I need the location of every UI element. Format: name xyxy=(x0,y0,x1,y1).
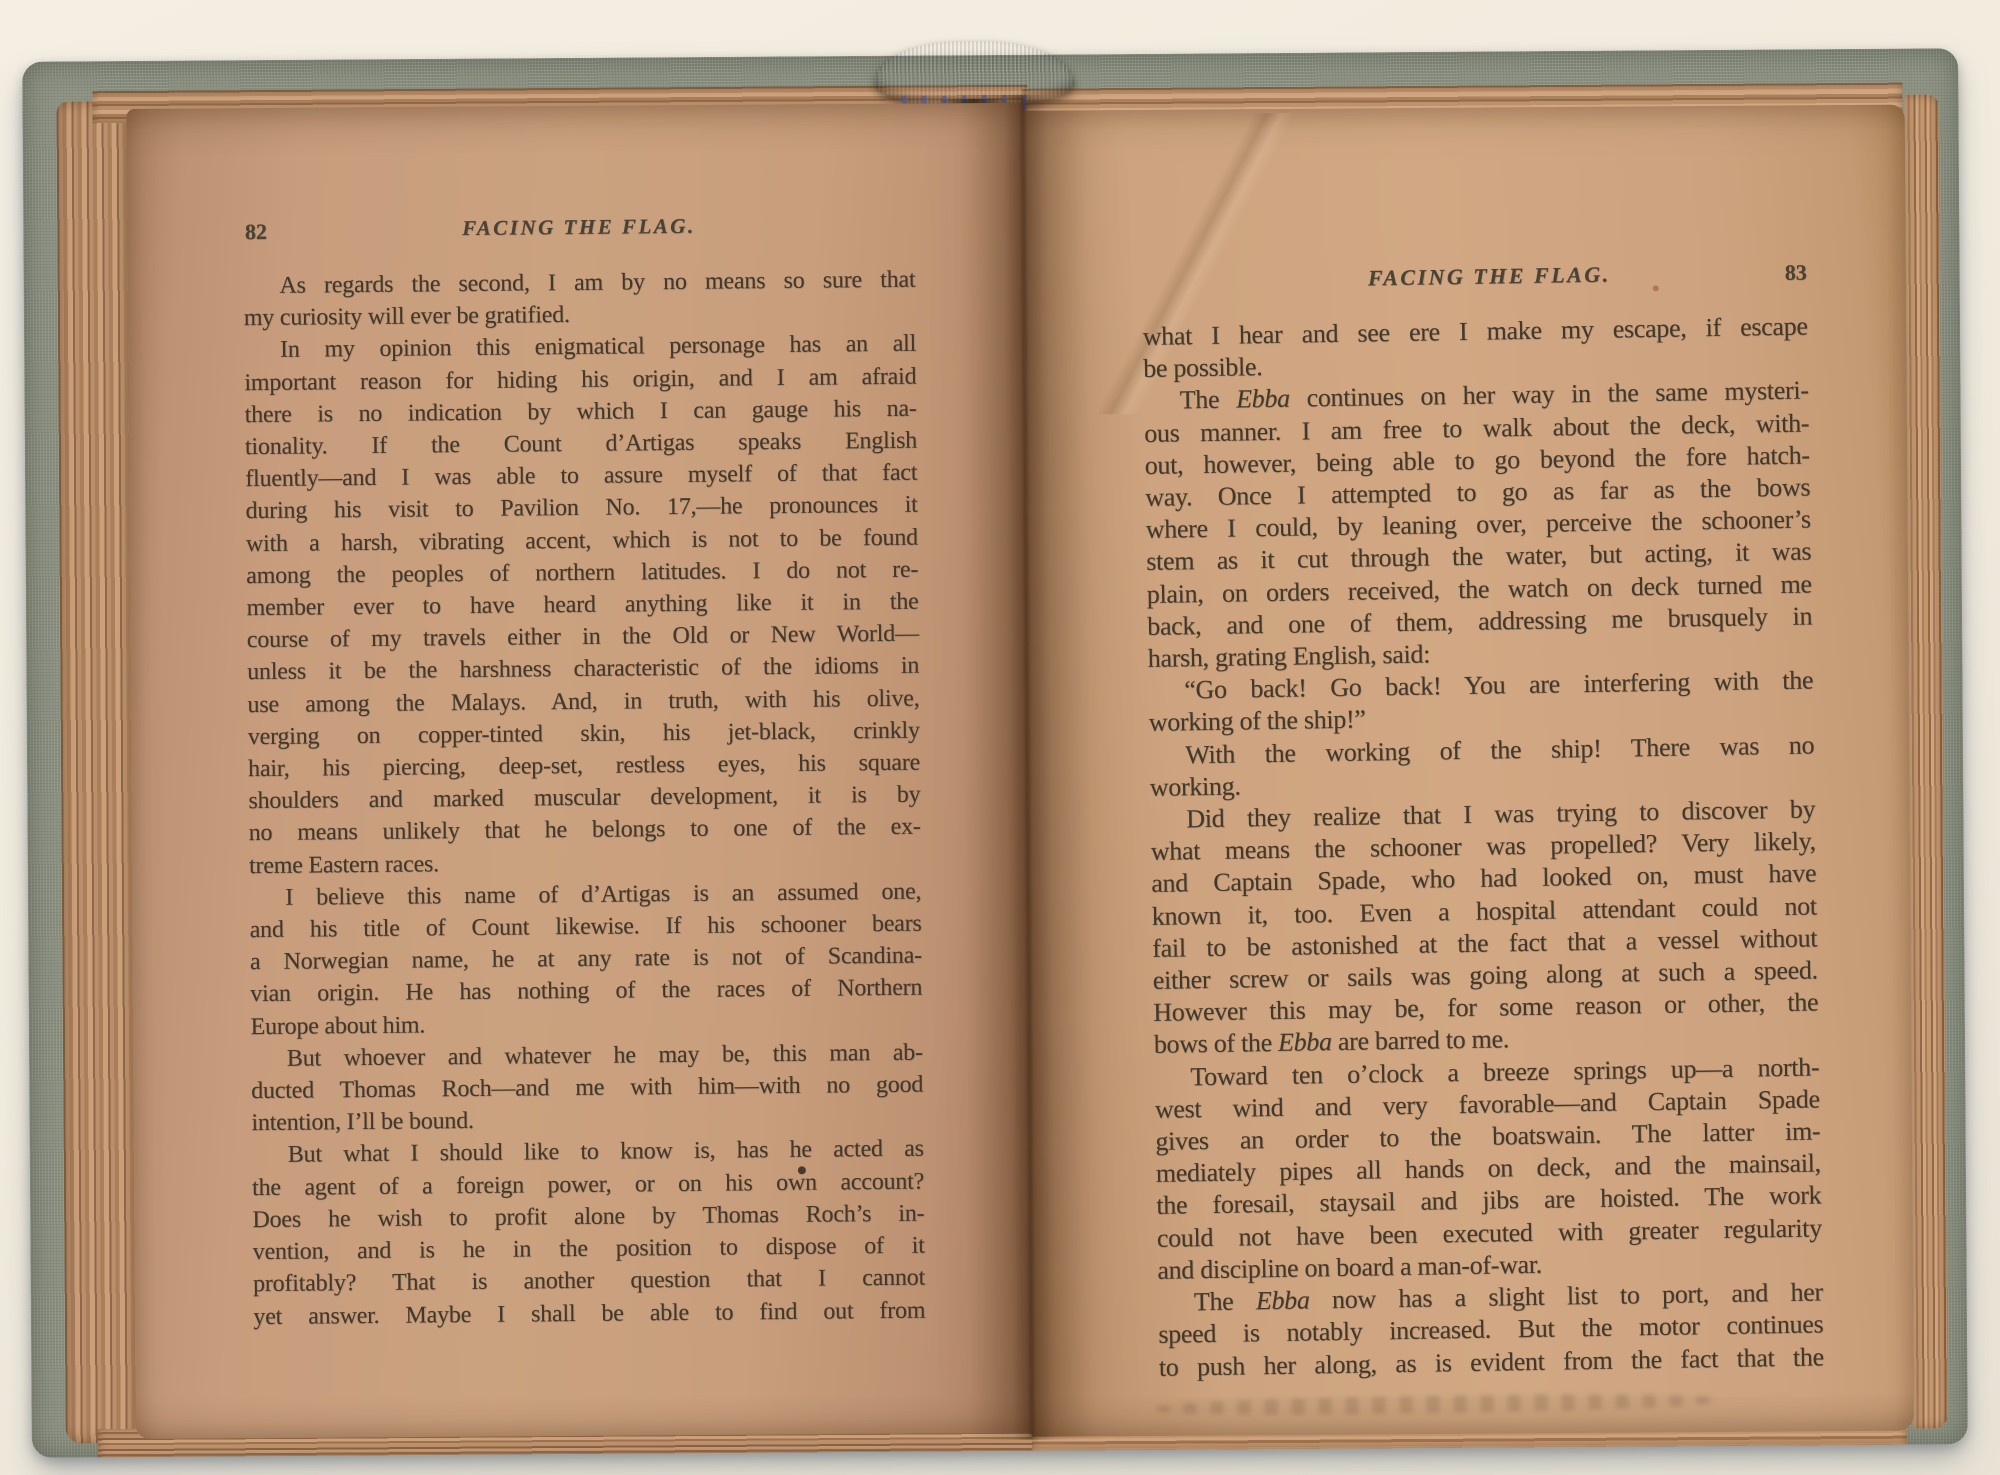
text-line: yet answer. Maybe I shall be able to fin… xyxy=(253,1294,925,1333)
text-line: ducted Thomas Roch—and me with him—with … xyxy=(251,1069,923,1108)
left-page-content: 82 FACING THE FLAG. As regards the secon… xyxy=(243,212,926,1333)
book-photo: 82 FACING THE FLAG. As regards the secon… xyxy=(0,0,2000,1475)
text-line: vian origin. He has nothing of the races… xyxy=(250,972,922,1011)
left-page-header: 82 FACING THE FLAG. xyxy=(243,212,915,252)
left-running-head: FACING THE FLAG. xyxy=(243,212,915,243)
ink-spot xyxy=(798,1166,806,1174)
text-line: no means unlikely that he belongs to one… xyxy=(249,811,921,850)
book-cover: 82 FACING THE FLAG. As regards the secon… xyxy=(22,48,1968,1457)
right-page-text: what I hear and see ere I make my escape… xyxy=(1142,311,1824,1384)
paper-speck xyxy=(1653,285,1659,291)
left-page-text: As regards the second, I am by no means … xyxy=(243,264,925,1333)
text-line: As regards the second, I am by no means … xyxy=(243,264,915,303)
right-page-content: FACING THE FLAG. 83 what I hear and see … xyxy=(1142,259,1824,1384)
right-page-number: 83 xyxy=(1785,260,1807,286)
left-page-number: 82 xyxy=(245,219,267,245)
